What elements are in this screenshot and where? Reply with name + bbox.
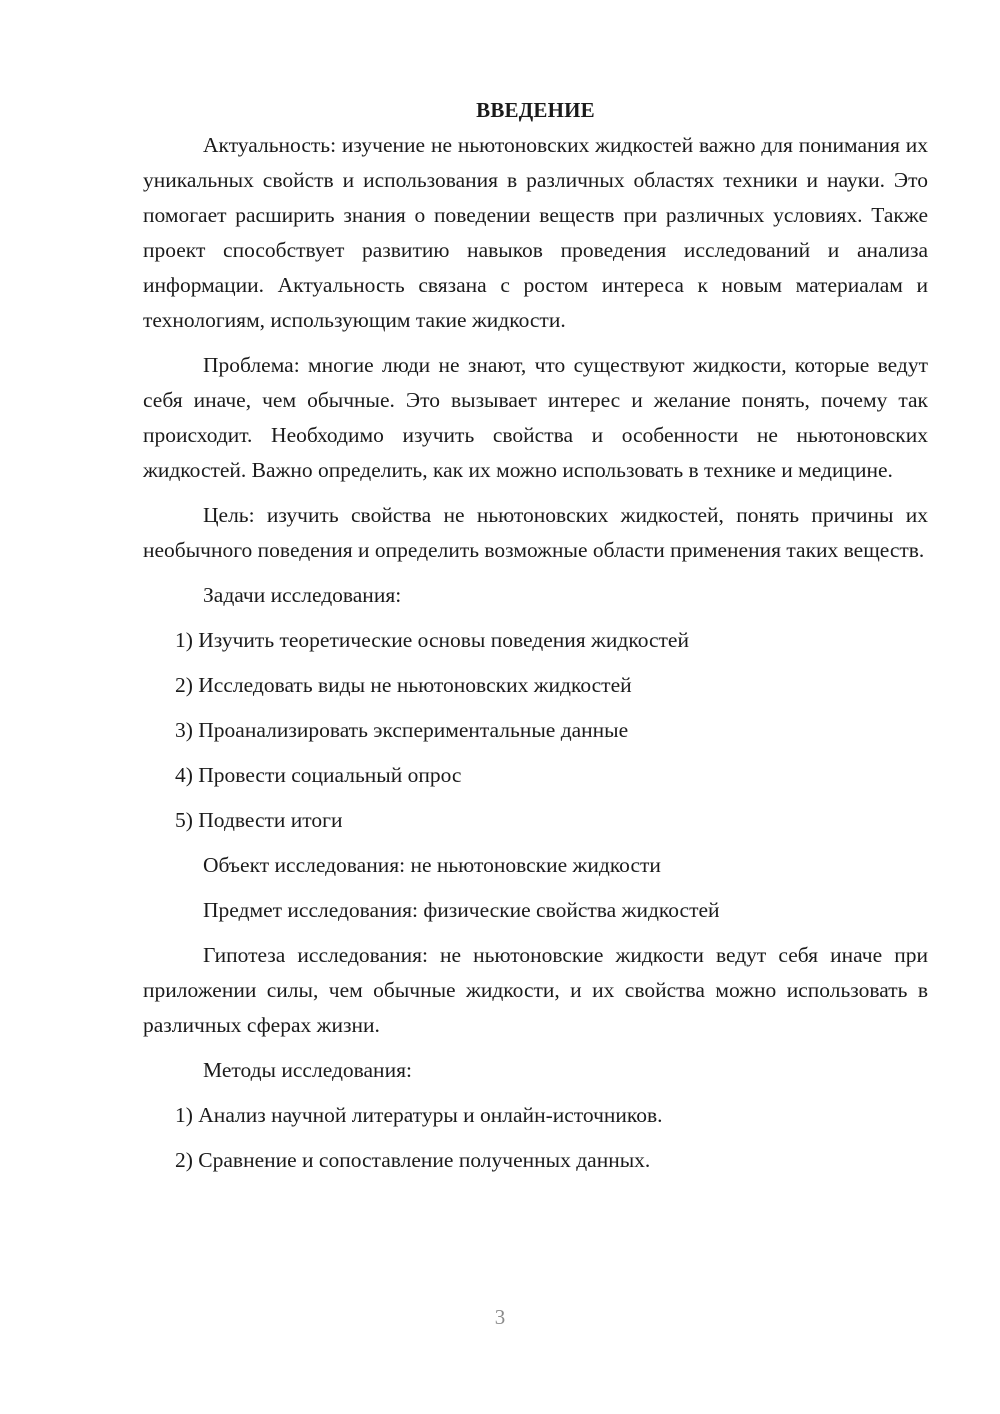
research-object: Объект исследования: не ньютоновские жид…: [143, 848, 928, 883]
method-item: 2) Сравнение и сопоставление полученных …: [143, 1143, 928, 1178]
document-page: ВВЕДЕНИЕ Актуальность: изучение не ньюто…: [143, 94, 928, 1188]
task-item: 5) Подвести итоги: [143, 803, 928, 838]
hypothesis-paragraph: Гипотеза исследования: не ньютоновские ж…: [143, 938, 928, 1043]
method-item: 1) Анализ научной литературы и онлайн-ис…: [143, 1098, 928, 1133]
tasks-list: 1) Изучить теоретические основы поведени…: [143, 623, 928, 838]
section-title: ВВЕДЕНИЕ: [143, 94, 928, 126]
problem-paragraph: Проблема: многие люди не знают, что суще…: [143, 348, 928, 488]
relevance-paragraph: Актуальность: изучение не ньютоновских ж…: [143, 128, 928, 338]
research-subject: Предмет исследования: физические свойств…: [143, 893, 928, 928]
tasks-heading: Задачи исследования:: [143, 578, 928, 613]
methods-heading: Методы исследования:: [143, 1053, 928, 1088]
task-item: 3) Проанализировать экспериментальные да…: [143, 713, 928, 748]
task-item: 1) Изучить теоретические основы поведени…: [143, 623, 928, 658]
methods-list: 1) Анализ научной литературы и онлайн-ис…: [143, 1098, 928, 1178]
goal-paragraph: Цель: изучить свойства не ньютоновских ж…: [143, 498, 928, 568]
task-item: 2) Исследовать виды не ньютоновских жидк…: [143, 668, 928, 703]
task-item: 4) Провести социальный опрос: [143, 758, 928, 793]
page-number: 3: [0, 1305, 1000, 1330]
